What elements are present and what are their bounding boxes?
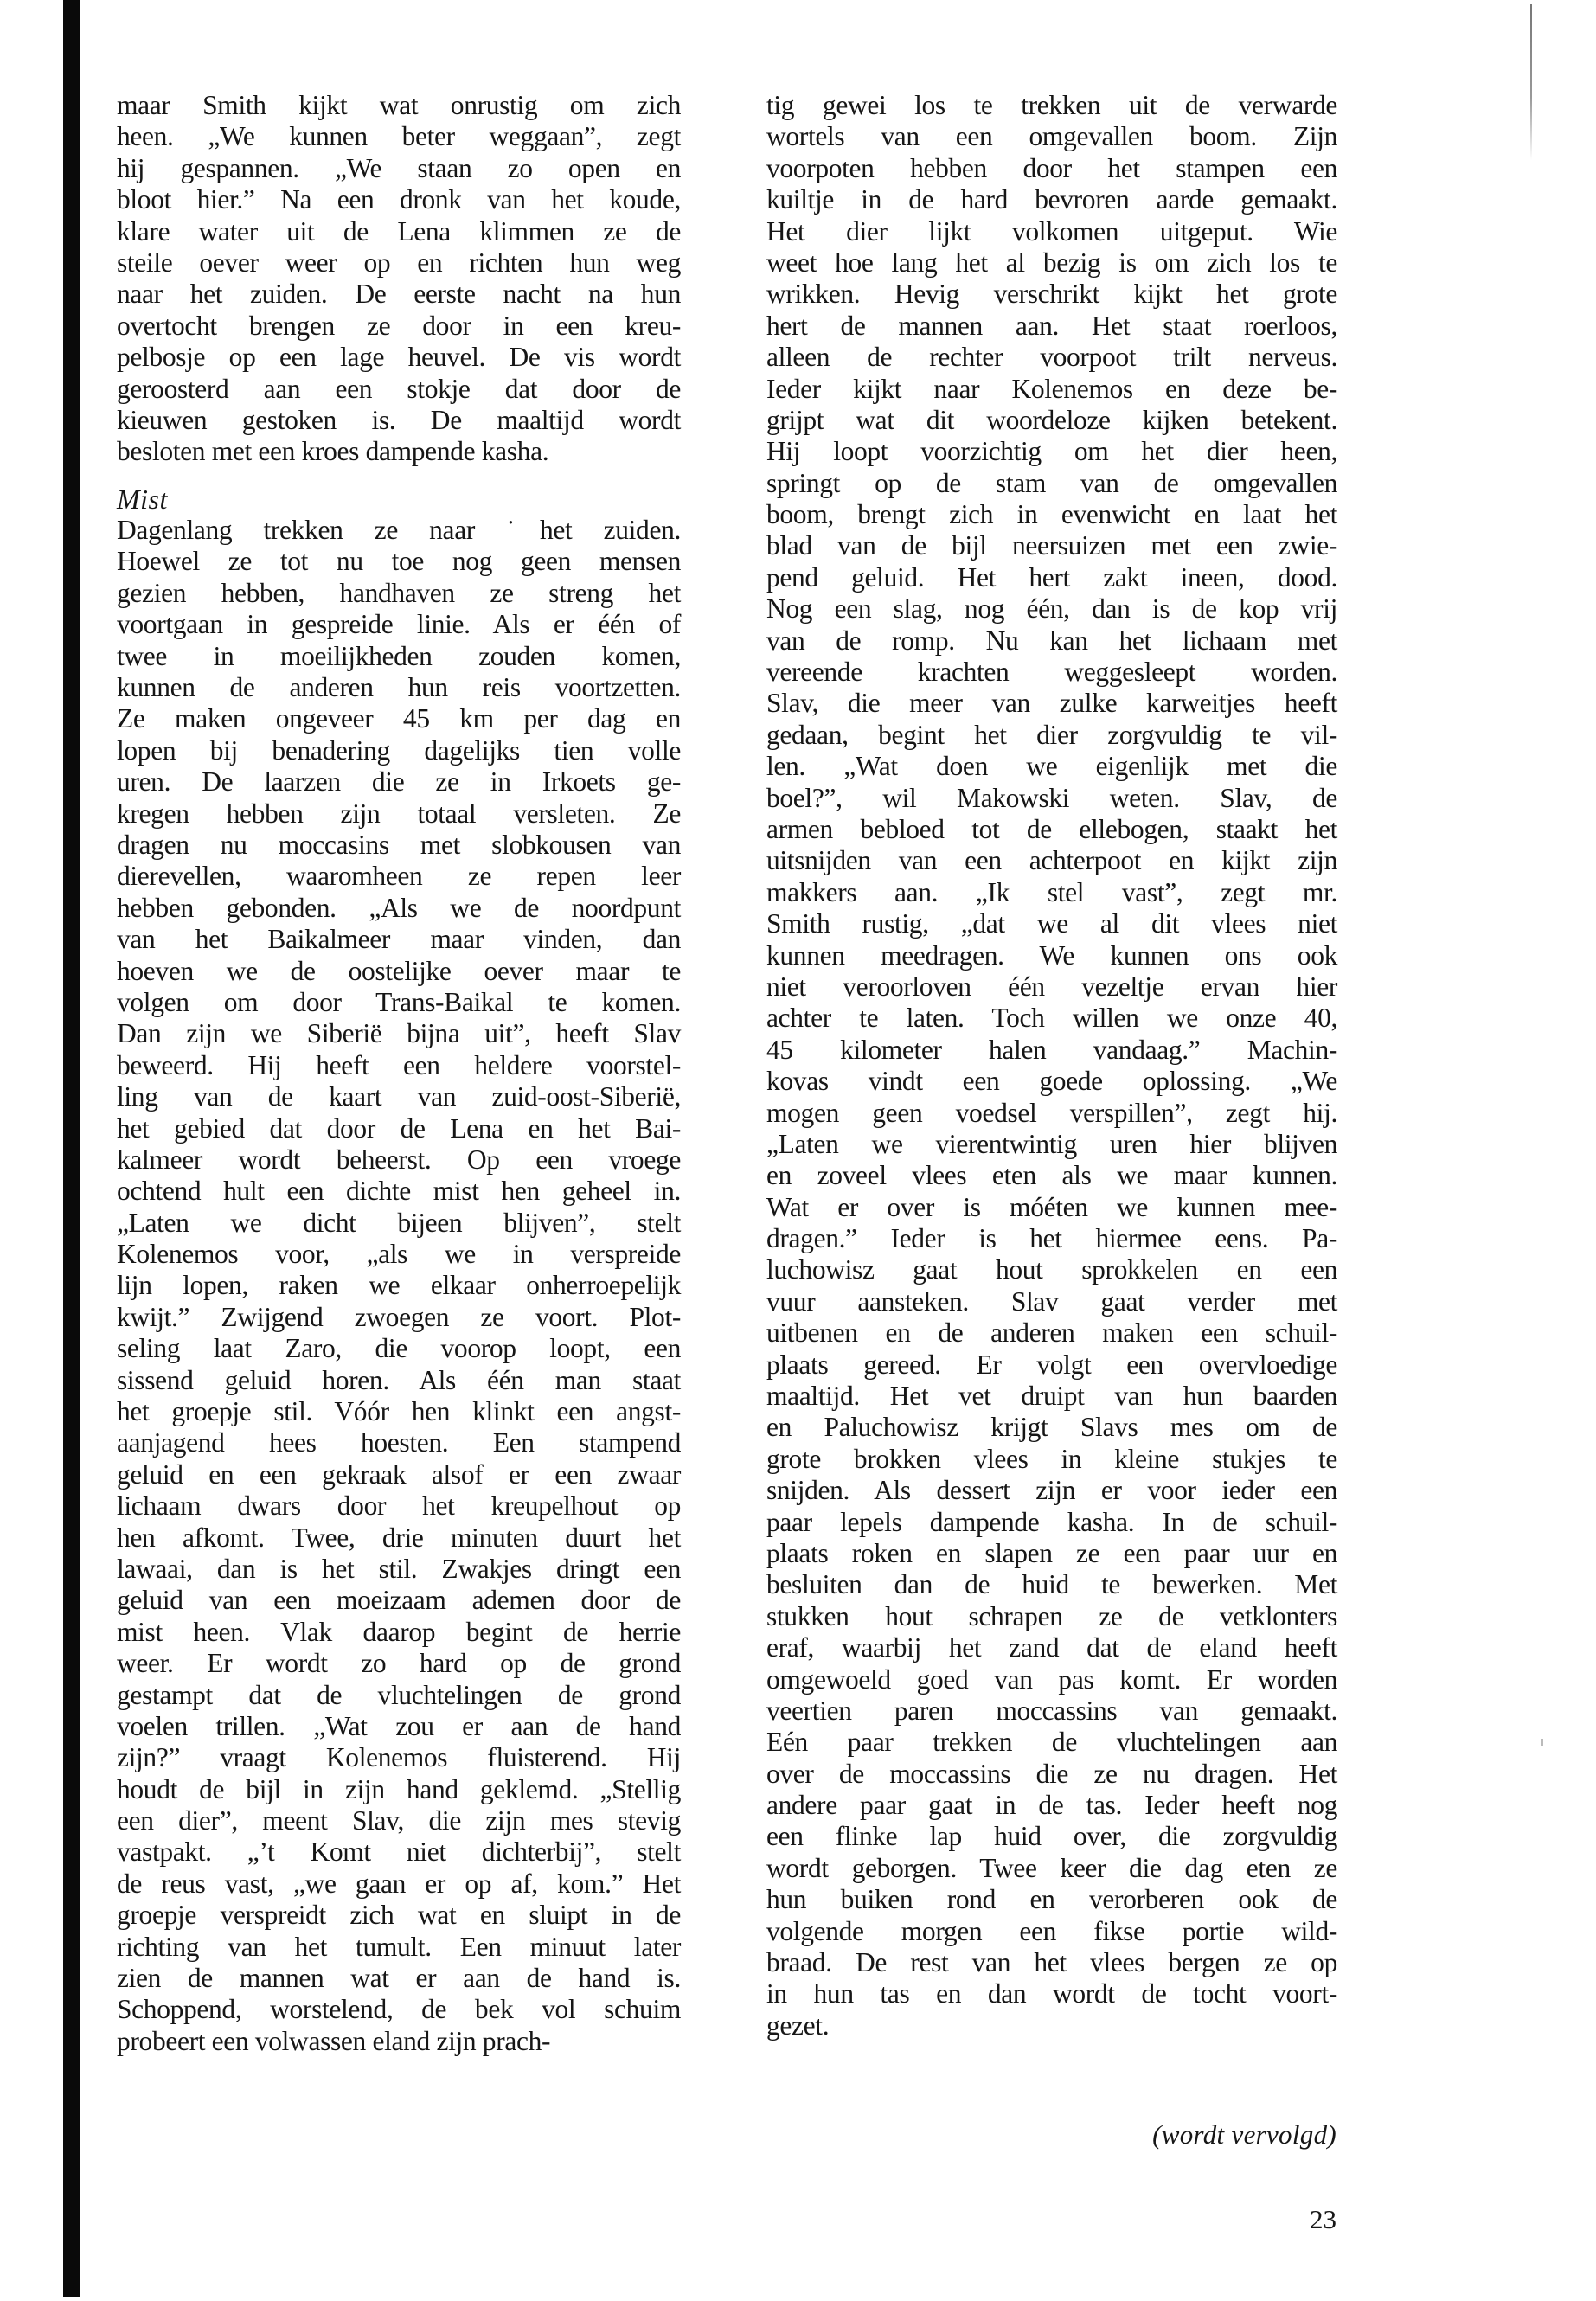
text-line: weet hoe lang het al bezig is om zich lo…: [766, 247, 1337, 279]
scan-speck: [1541, 1739, 1543, 1746]
text-line: armen bebloed tot de ellebogen, staakt h…: [766, 814, 1337, 845]
text-line: Het dier lijkt volkomen uitgeput. Wie: [766, 216, 1337, 247]
text-line: uitbenen en de anderen maken een schuil-: [766, 1317, 1337, 1349]
text-line: hert de mannen aan. Het staat roerloos,: [766, 311, 1337, 342]
text-line: mogen geen voedsel verspillen”, zegt hij…: [766, 1098, 1337, 1129]
text-line: het gebied dat door de Lena en het Bai-: [117, 1113, 681, 1144]
text-line: Hij loopt voorzichtig om het dier heen,: [766, 436, 1337, 467]
text-line: groepje verspreidt zich wat en sluipt in…: [117, 1900, 681, 1931]
text-line: Slav, die meer van zulke karweitjes heef…: [766, 688, 1337, 719]
text-line: Eén paar trekken de vluchtelingen aan: [766, 1727, 1337, 1758]
text-line: achter te laten. Toch willen we onze 40,: [766, 1003, 1337, 1034]
text-line: mist heen. Vlak daarop begint de herrie: [117, 1617, 681, 1648]
text-line: braad. De rest van het vlees bergen ze o…: [766, 1947, 1337, 1978]
text-line: de reus vast, „we gaan er op af, kom.” H…: [117, 1868, 681, 1900]
text-line: maar Smith kijkt wat onrustig om zich: [117, 90, 681, 121]
text-line: kuiltje in de hard bevroren aarde gemaak…: [766, 184, 1337, 215]
text-line: hun buiken rond en verorberen ook de: [766, 1884, 1337, 1915]
text-line: over de moccassins die ze nu dragen. Het: [766, 1759, 1337, 1790]
text-line: gezet.: [766, 2010, 1337, 2041]
text-line: bloot hier.” Na een dronk van het koude,: [117, 184, 681, 215]
text-line: luchowisz gaat hout sprokkelen en een: [766, 1254, 1337, 1285]
text-line: grijpt wat dit woordeloze kijken beteken…: [766, 405, 1337, 436]
text-line: uitsnijden van een achterpoot en kijkt z…: [766, 845, 1337, 876]
text-line: voelen trillen. „Wat zou er aan de hand: [117, 1711, 681, 1742]
text-line: steile oever weer op en richten hun weg: [117, 247, 681, 279]
text-line: omgewoeld goed van pas komt. Er worden: [766, 1664, 1337, 1695]
text-line: vuur aansteken. Slav gaat verder met: [766, 1286, 1337, 1317]
text-line: maaltijd. Het vet druipt van hun baarden: [766, 1381, 1337, 1412]
text-line: veertien paren moccassins van gemaakt.: [766, 1695, 1337, 1727]
text-line: paar lepels dampende kasha. In de schuil…: [766, 1507, 1337, 1538]
text-line: wordt geborgen. Twee keer die dag eten z…: [766, 1853, 1337, 1884]
text-line: Smith rustig, „dat we al dit vlees niet: [766, 908, 1337, 939]
text-line: het groepje stil. Vóór hen klinkt een an…: [117, 1396, 681, 1427]
text-line: Wat er over is móéten we kunnen mee-: [766, 1192, 1337, 1223]
binding-edge-bar: [63, 0, 80, 2297]
text-line: Ze maken ongeveer 45 km per dag en: [117, 703, 681, 734]
text-line: vereende krachten weggesleept worden.: [766, 657, 1337, 688]
text-line: Dagenlang trekken ze naar ˙het zuiden.: [117, 515, 681, 546]
text-line: heen. „We kunnen beter weggaan”, zegt: [117, 121, 681, 152]
text-line: plaats gereed. Er volgt een overvloedige: [766, 1349, 1337, 1381]
text-line: besluiten dan de huid te bewerken. Met: [766, 1569, 1337, 1600]
text-line: een dier”, meent Slav, die zijn mes stev…: [117, 1805, 681, 1836]
page-edge-line: [1530, 4, 1532, 160]
text-line: kovas vindt een goede oplossing. „We: [766, 1066, 1337, 1097]
text-line: van het Baikalmeer maar vinden, dan: [117, 924, 681, 955]
left-section-1: maar Smith kijkt wat onrustig om zichhee…: [117, 90, 681, 468]
text-line: 45 kilometer halen vandaag.” Machin-: [766, 1035, 1337, 1066]
text-line: lijn lopen, raken we elkaar onherroepeli…: [117, 1270, 681, 1301]
text-line: grote brokken vlees in kleine stukjes te: [766, 1444, 1337, 1475]
text-line: en zoveel vlees eten als we maar kunnen.: [766, 1160, 1337, 1191]
text-line: van de romp. Nu kan het lichaam met: [766, 625, 1337, 657]
text-line: dragen.” Ieder is het hiermee eens. Pa-: [766, 1223, 1337, 1254]
text-line: hebben gebonden. „Als we de noordpunt: [117, 893, 681, 924]
text-line: geluid en een gekraak alsof er een zwaar: [117, 1459, 681, 1490]
text-line: kalmeer wordt beheerst. Op een vroege: [117, 1144, 681, 1176]
text-line: en Paluchowisz krijgt Slavs mes om de: [766, 1412, 1337, 1443]
text-line: in hun tas en dan wordt de tocht voort-: [766, 1978, 1337, 2009]
text-line: snijden. Als dessert zijn er voor ieder …: [766, 1475, 1337, 1506]
right-column: tig gewei los te trekken uit de verwarde…: [766, 90, 1337, 2041]
text-line: richting van het tumult. Een minuut late…: [117, 1932, 681, 1963]
text-line: makkers aan. „Ik stel vast”, zegt mr.: [766, 877, 1337, 908]
text-line: boel?”, wil Makowski weten. Slav, de: [766, 783, 1337, 814]
text-line: len. „Wat doen we eigenlijk met die: [766, 751, 1337, 782]
text-line: hen afkomt. Twee, drie minuten duurt het: [117, 1522, 681, 1554]
text-line: weer. Er wordt zo hard op de grond: [117, 1648, 681, 1679]
text-line: volgen om door Trans-Baikal te komen.: [117, 987, 681, 1018]
text-line: gedaan, begint het dier zorgvuldig te vi…: [766, 720, 1337, 751]
text-line: andere paar gaat in de tas. Ieder heeft …: [766, 1790, 1337, 1821]
text-line: boom, brengt zich in evenwicht en laat h…: [766, 499, 1337, 530]
text-line: stukken hout schrapen ze de vetklonters: [766, 1601, 1337, 1632]
text-line: twee in moeilijkheden zouden komen,: [117, 641, 681, 672]
text-line: gestampt dat de vluchtelingen de grond: [117, 1680, 681, 1711]
text-line: geroosterd aan een stokje dat door de: [117, 374, 681, 405]
text-line: een flinke lap huid over, die zorgvuldig: [766, 1821, 1337, 1852]
text-line: lawaai, dan is het stil. Zwakjes dringt …: [117, 1554, 681, 1585]
text-line: Ieder kijkt naar Kolenemos en deze be-: [766, 374, 1337, 405]
text-line: klare water uit de Lena klimmen ze de: [117, 216, 681, 247]
text-line: wrikken. Hevig verschrikt kijkt het grot…: [766, 279, 1337, 310]
text-line: voortgaan in gespreide linie. Als er één…: [117, 609, 681, 640]
text-line: naar het zuiden. De eerste nacht na hun: [117, 279, 681, 310]
text-line: Dan zijn we Siberië bijna uit”, heeft Sl…: [117, 1018, 681, 1049]
text-line: Nog een slag, nog één, dan is de kop vri…: [766, 593, 1337, 625]
text-line: overtocht brengen ze door in een kreu-: [117, 311, 681, 342]
text-line: Kolenemos voor, „als we in verspreide: [117, 1239, 681, 1270]
right-section: tig gewei los te trekken uit de verwarde…: [766, 90, 1337, 2041]
text-line: kieuwen gestoken is. De maaltijd wordt: [117, 405, 681, 436]
page-number: 23: [1263, 2204, 1336, 2235]
text-line: beweerd. Hij heeft een heldere voorstel-: [117, 1050, 681, 1081]
text-line: kwijt.” Zwijgend zwoegen ze voort. Plot-: [117, 1302, 681, 1333]
left-section-2: Dagenlang trekken ze naar ˙het zuiden.Ho…: [117, 515, 681, 2057]
text-line: uren. De laarzen die ze in Irkoets ge-: [117, 766, 681, 798]
text-line: ochtend hult een dichte mist hen geheel …: [117, 1176, 681, 1207]
left-column: maar Smith kijkt wat onrustig om zichhee…: [117, 90, 681, 2057]
text-line: seling laat Zaro, die voorop loopt, een: [117, 1333, 681, 1364]
text-line: besloten met een kroes dampende kasha.: [117, 436, 681, 467]
text-line: probeert een volwassen eland zijn prach-: [117, 2026, 681, 2057]
section-heading-mist: Mist: [117, 484, 681, 515]
text-line: zijn?” vraagt Kolenemos fluisterend. Hij: [117, 1742, 681, 1773]
text-line: wortels van een omgevallen boom. Zijn: [766, 121, 1337, 152]
text-line: aanjagend hees hoesten. Een stampend: [117, 1427, 681, 1458]
text-line: houdt de bijl in zijn hand geklemd. „Ste…: [117, 1774, 681, 1805]
text-line: springt op de stam van de omgevallen: [766, 468, 1337, 499]
text-line: „Laten we vierentwintig uren hier blijve…: [766, 1129, 1337, 1160]
text-line: blad van de bijl neersuizen met een zwie…: [766, 530, 1337, 561]
text-line: ling van de kaart van zuid-oost-Siberië,: [117, 1081, 681, 1112]
text-line: lopen bij benadering dagelijks tien voll…: [117, 735, 681, 766]
text-line: dragen nu moccasins met slobkousen van: [117, 830, 681, 861]
text-line: kunnen meedragen. We kunnen ons ook: [766, 940, 1337, 971]
text-line: zien de mannen wat er aan de hand is.: [117, 1963, 681, 1994]
continued-note: (wordt vervolgd): [1003, 2119, 1336, 2150]
text-line: plaats roken en slapen ze een paar uur e…: [766, 1538, 1337, 1569]
text-line: vastpakt. „’t Komt niet dichterbij”, ste…: [117, 1836, 681, 1868]
text-line: kunnen de anderen hun reis voortzetten.: [117, 672, 681, 703]
text-line: kregen hebben zijn totaal versleten. Ze: [117, 798, 681, 830]
text-line: eraf, waarbij het zand dat de eland heef…: [766, 1632, 1337, 1663]
text-line: geluid van een moeizaam ademen door de: [117, 1585, 681, 1616]
text-line: volgende morgen een fikse portie wild-: [766, 1916, 1337, 1947]
text-line: gezien hebben, handhaven ze streng het: [117, 578, 681, 609]
text-line: niet veroorloven één vezeltje ervan hier: [766, 971, 1337, 1003]
text-line: pelbosje op een lage heuvel. De vis word…: [117, 342, 681, 373]
text-line: sissend geluid horen. Als één man staat: [117, 1365, 681, 1396]
text-line: hoeven we de oostelijke oever maar te: [117, 956, 681, 987]
text-line: alleen de rechter voorpoot trilt nerveus…: [766, 342, 1337, 373]
text-line: „Laten we dicht bijeen blijven”, stelt: [117, 1208, 681, 1239]
text-line: lichaam dwars door het kreupelhout op: [117, 1490, 681, 1522]
text-line: hij gespannen. „We staan zo open en: [117, 153, 681, 184]
text-line: tig gewei los te trekken uit de verwarde: [766, 90, 1337, 121]
text-line: pend geluid. Het hert zakt ineen, dood.: [766, 562, 1337, 593]
text-line: Schoppend, worstelend, de bek vol schuim: [117, 1994, 681, 2025]
text-line: Hoewel ze tot nu toe nog geen mensen: [117, 546, 681, 577]
text-line: dierevellen, waaromheen ze repen leer: [117, 861, 681, 892]
text-line: voorpoten hebben door het stampen een: [766, 153, 1337, 184]
